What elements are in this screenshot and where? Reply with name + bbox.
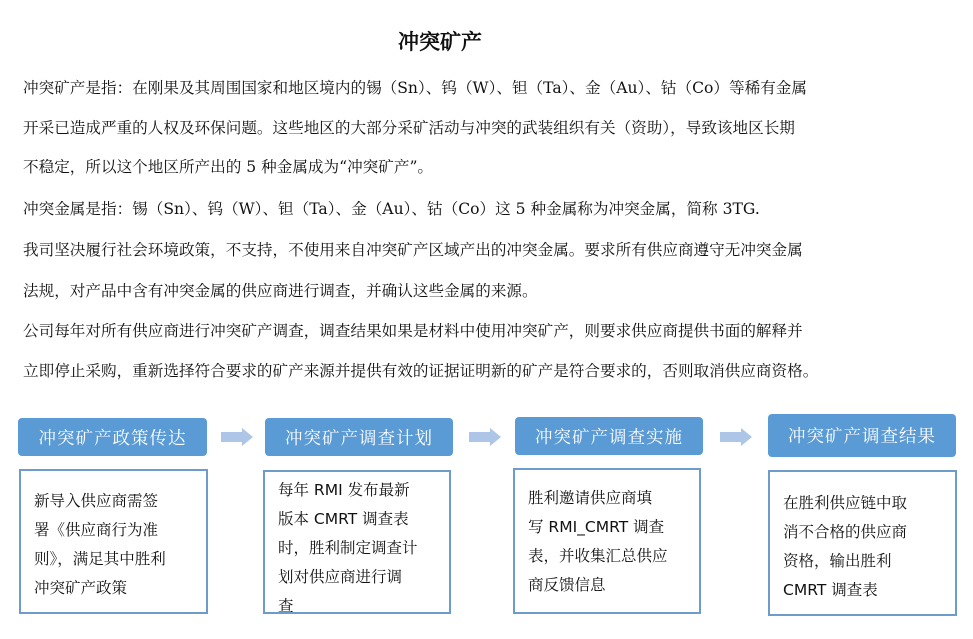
step-body-survey-results: 在胜利供应链中取 消不合格的供应商 资格，输出胜利 CMRT 调查表 [768,470,957,616]
paragraph-line: 冲突金属是指：锡（Sn）、钨（W）、钽（Ta）、金（Au）、钴（Co）这 5 种… [23,189,958,229]
step-body-survey-implementation: 胜利邀请供应商填 写 RMI_CMRT 调查 表，并收集汇总供应 商反馈信息 [513,468,701,614]
step-body-line: 商反馈信息 [528,571,685,600]
paragraph-line: 公司每年对所有供应商进行冲突矿产调查，调查结果如果是材料中使用冲突矿产，则要求供… [23,311,958,351]
step-body-line: 划对供应商进行调 [278,563,435,592]
step-header-policy-communication: 冲突矿产政策传达 [18,418,207,456]
step-body-line: 查 [278,592,435,621]
paragraph-line: 法规，对产品中含有冲突金属的供应商进行调查，并确认这些金属的来源。 [23,271,958,311]
step-body-line: 版本 CMRT 调查表 [278,505,435,534]
right-arrow-icon [469,428,501,446]
step-body-line: CMRT 调查表 [783,576,941,605]
step-body-line: 署《供应商行为准 [34,516,192,545]
step-body-line: 消不合格的供应商 [783,518,941,547]
step-header-survey-implementation: 冲突矿产调查实施 [515,417,703,455]
step-body-line: 资格，输出胜利 [783,547,941,576]
step-body-line: 冲突矿产政策 [34,574,192,603]
step-header-survey-results: 冲突矿产调查结果 [768,414,956,457]
paragraph-line: 开采已造成严重的人权及环保问题。这些地区的大部分采矿活动与冲突的武装组织有关（资… [23,108,958,148]
step-body-line: 新导入供应商需签 [34,487,192,516]
step-body-line: 在胜利供应链中取 [783,489,941,518]
step-body-line: 胜利邀请供应商填 [528,484,685,513]
step-header-survey-plan: 冲突矿产调查计划 [265,418,453,456]
step-body-line: 写 RMI_CMRT 调查 [528,513,685,542]
paragraph-line: 立即停止采购，重新选择符合要求的矿产来源并提供有效的证据证明新的矿产是符合要求的… [23,351,958,391]
right-arrow-icon [720,428,752,446]
paragraph-line: 冲突矿产是指：在刚果及其周围国家和地区境内的锡（Sn）、钨（W）、钽（Ta）、金… [23,68,958,108]
step-body-line: 则》，满足其中胜利 [34,545,192,574]
page-title: 冲突矿产 [0,26,880,56]
right-arrow-icon [221,428,253,446]
step-body-policy-communication: 新导入供应商需签 署《供应商行为准 则》，满足其中胜利 冲突矿产政策 [19,469,208,614]
paragraph-line: 不稳定，所以这个地区所产出的 5 种金属成为“冲突矿产”。 [23,147,958,187]
step-body-line: 时，胜利制定调查计 [278,534,435,563]
step-body-line: 表，并收集汇总供应 [528,542,685,571]
paragraph-line: 我司坚决履行社会环境政策，不支持，不使用来自冲突矿产区域产出的冲突金属。要求所有… [23,230,958,270]
step-body-line: 每年 RMI 发布最新 [278,476,435,505]
step-body-survey-plan: 每年 RMI 发布最新 版本 CMRT 调查表 时，胜利制定调查计 划对供应商进… [263,470,451,614]
